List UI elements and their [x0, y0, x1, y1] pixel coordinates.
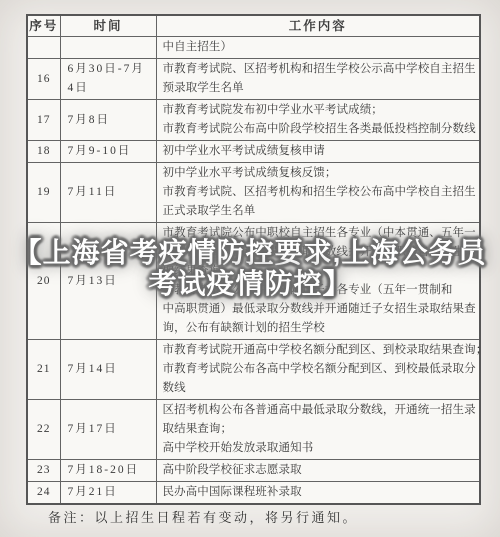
- table-row: 166月30日-7月4日市教育考试院、区招考机构和招生学校公示高中学校自主招生预…: [27, 59, 480, 100]
- content-line: 市教育考试院公布各高中学校名额分配到区、到校最低录取分: [163, 360, 474, 379]
- watermark-caption: 【上海省考疫情防控要求,上海公务员 考试疫情防控】: [0, 237, 500, 299]
- column-header-seq: 序号: [27, 15, 60, 37]
- row-time: 7月21日: [60, 482, 156, 505]
- row-content: 民办高中国际课程班补录取: [156, 482, 480, 505]
- content-line: 取结果查询；: [163, 420, 474, 439]
- row-seq: 21: [27, 340, 60, 400]
- table-header-row: 序号 时间 工作内容: [27, 15, 480, 37]
- row-seq: 17: [27, 100, 60, 141]
- content-line: 市教育考试院发布初中学业水平考试成绩；: [163, 101, 474, 120]
- content-line: 市教育考试院公布高中阶段学校招生各类最低投档控制分数线: [163, 120, 474, 139]
- row-seq: 24: [27, 482, 60, 505]
- row-seq: 16: [27, 59, 60, 100]
- row-time: 7月9-10日: [60, 141, 156, 163]
- row-content: 区招考机构公布各普通高中最低录取分数线，开通统一招生录取结果查询；高中学校开始发…: [156, 400, 480, 460]
- watermark-caption-line2: 考试疫情防控】: [0, 268, 500, 299]
- table-row: 247月21日民办高中国际课程班补录取: [27, 482, 480, 505]
- row-time: 7月8日: [60, 100, 156, 141]
- watermark-caption-line1: 【上海省考疫情防控要求,上海公务员: [0, 237, 500, 268]
- row-seq: 19: [27, 163, 60, 223]
- row-content: 初中学业水平考试成绩复核申请: [156, 141, 480, 163]
- table-row: 177月8日市教育考试院发布初中学业水平考试成绩；市教育考试院公布高中阶段学校招…: [27, 100, 480, 141]
- content-line: 预录取学生名单: [163, 79, 474, 98]
- table-row: 187月9-10日初中学业水平考试成绩复核申请: [27, 141, 480, 163]
- row-content: 市教育考试院开通高中学校名额分配到区、到校录取结果查询；市教育考试院公布各高中学…: [156, 340, 480, 400]
- column-header-content: 工作内容: [156, 15, 480, 37]
- table-row: 217月14日市教育考试院开通高中学校名额分配到区、到校录取结果查询；市教育考试…: [27, 340, 480, 400]
- row-seq: 23: [27, 460, 60, 482]
- row-time: 6月30日-7月4日: [60, 59, 156, 100]
- content-line: 数线: [163, 379, 474, 398]
- table-row: 237月18-20日高中阶段学校征求志愿录取: [27, 460, 480, 482]
- document-photo: 序号 时间 工作内容 中自主招生）166月30日-7月4日市教育考试院、区招考机…: [0, 0, 500, 537]
- row-seq: 22: [27, 400, 60, 460]
- content-line: 正式录取学生名单: [163, 202, 474, 221]
- row-time: 7月18-20日: [60, 460, 156, 482]
- content-line: 高中阶段学校征求志愿录取: [163, 461, 474, 480]
- content-line: 初中学业水平考试成绩复核申请: [163, 142, 474, 161]
- content-line: 中自主招生）: [163, 38, 474, 57]
- table-row: 227月17日区招考机构公布各普通高中最低录取分数线，开通统一招生录取结果查询；…: [27, 400, 480, 460]
- row-content: 高中阶段学校征求志愿录取: [156, 460, 480, 482]
- row-content: 初中学业水平考试成绩复核反馈；市教育考试院、区招考机构和招生学校公布高中学校自主…: [156, 163, 480, 223]
- content-line: 区招考机构公布各普通高中最低录取分数线，开通统一招生录: [163, 401, 474, 420]
- content-line: 市教育考试院开通高中学校名额分配到区、到校录取结果查询；: [163, 341, 474, 360]
- content-line: 初中学业水平考试成绩复核反馈；: [163, 164, 474, 183]
- row-time: [60, 37, 156, 59]
- row-seq: 18: [27, 141, 60, 163]
- table-row: 中自主招生）: [27, 37, 480, 59]
- content-line: 市教育考试院、区招考机构和招生学校公示高中学校自主招生: [163, 60, 474, 79]
- content-line: 询，公布有缺额计划的招生学校: [163, 319, 474, 338]
- row-time: 7月11日: [60, 163, 156, 223]
- row-content: 市教育考试院发布初中学业水平考试成绩；市教育考试院公布高中阶段学校招生各类最低投…: [156, 100, 480, 141]
- content-line: 中高职贯通）最低录取分数线并开通随迁子女招生录取结果查: [163, 300, 474, 319]
- column-header-time: 时间: [60, 15, 156, 37]
- row-content: 中自主招生）: [156, 37, 480, 59]
- content-line: 民办高中国际课程班补录取: [163, 483, 474, 502]
- row-time: 7月14日: [60, 340, 156, 400]
- row-time: 7月17日: [60, 400, 156, 460]
- row-seq: [27, 37, 60, 59]
- footnote: 备注：以上招生日程若有变动，将另行通知。: [48, 507, 358, 526]
- row-content: 市教育考试院、区招考机构和招生学校公示高中学校自主招生预录取学生名单: [156, 59, 480, 100]
- content-line: 高中学校开始发放录取通知书: [163, 439, 474, 458]
- table-row: 197月11日初中学业水平考试成绩复核反馈；市教育考试院、区招考机构和招生学校公…: [27, 163, 480, 223]
- content-line: 市教育考试院、区招考机构和招生学校公布高中学校自主招生: [163, 183, 474, 202]
